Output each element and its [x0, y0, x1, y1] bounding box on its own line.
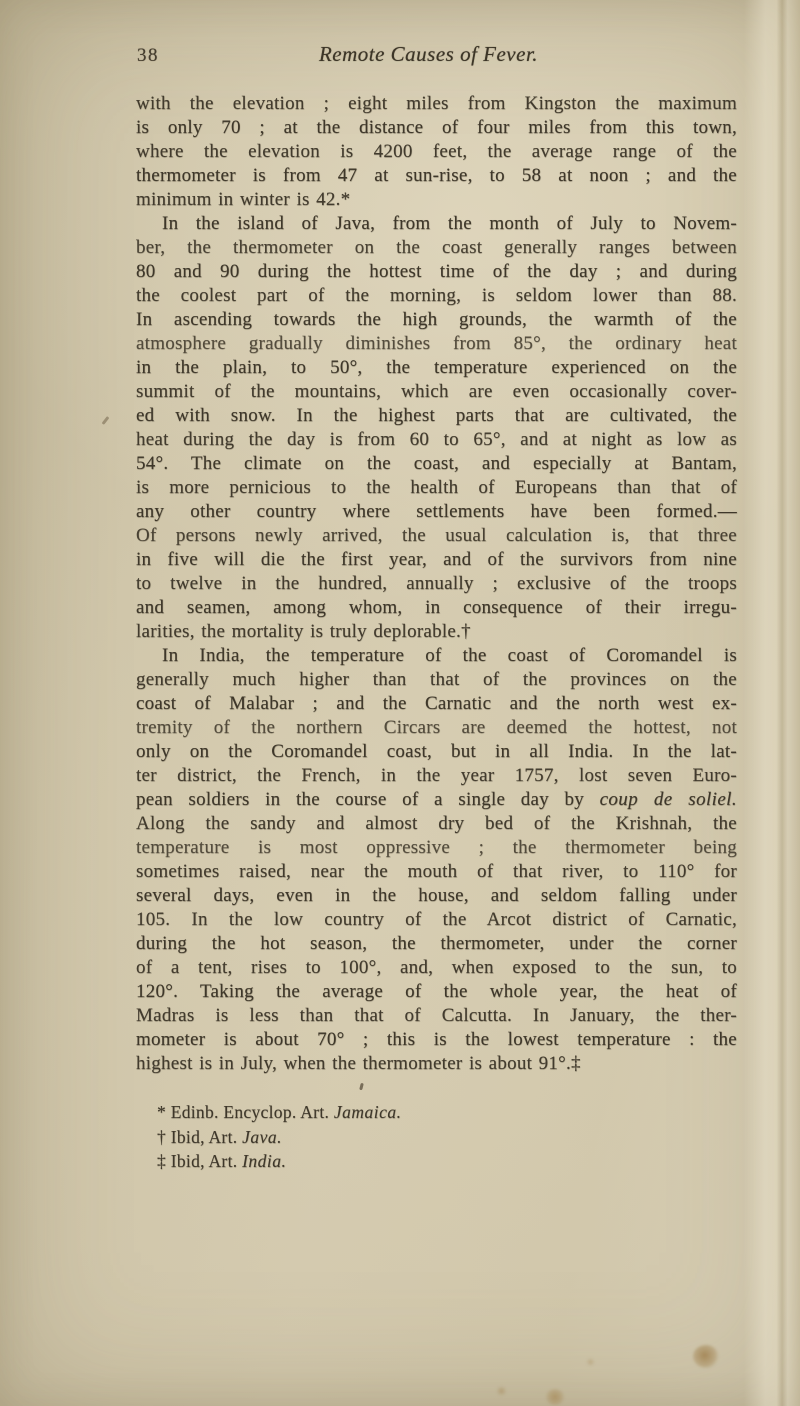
text-line: In the island of Java, from the month of… — [136, 212, 737, 236]
running-title: Remote Causes of Fever. — [136, 42, 737, 67]
text-line: highest is in July, when the thermometer… — [136, 1052, 737, 1076]
text-line: mometer is about 70° ; this is the lowes… — [136, 1028, 737, 1052]
text-line: larities, the mortality is truly deplora… — [136, 620, 737, 644]
text-line: any other country where settlements have… — [136, 500, 737, 524]
body-text: with the elevation ; eight miles from Ki… — [136, 92, 737, 1076]
text-line: is more pernicious to the health of Euro… — [136, 476, 737, 500]
text-line: where the elevation is 4200 feet, the av… — [136, 140, 737, 164]
book-page-scan: 38 Remote Causes of Fever. with the elev… — [0, 0, 800, 1406]
text-line: to twelve in the hundred, annually ; exc… — [136, 572, 737, 596]
text-line: in five will die the first year, and of … — [136, 548, 737, 572]
text-line: during the hot season, the thermometer, … — [136, 932, 737, 956]
footnote-source-italic: Jamaica. — [334, 1102, 402, 1122]
text-line: several days, even in the house, and sel… — [136, 884, 737, 908]
stain-spot — [496, 1386, 507, 1396]
text-line: coast of Malabar ; and the Carnatic and … — [136, 692, 737, 716]
text-line: pean soldiers in the course of a single … — [136, 788, 737, 812]
stain-spot — [586, 1358, 595, 1366]
text-line: is only 70 ; at the distance of four mil… — [136, 116, 737, 140]
text-line: with the elevation ; eight miles from Ki… — [136, 92, 737, 116]
footnote-line: ‡ Ibid, Art. India. — [157, 1149, 717, 1174]
text-line: Madras is less than that of Calcutta. In… — [136, 1004, 737, 1028]
text-line: generally much higher than that of the p… — [136, 668, 737, 692]
text-line: atmosphere gradually diminishes from 85°… — [136, 332, 737, 356]
text-line: 105. In the low country of the Arcot dis… — [136, 908, 737, 932]
text-line: ber, the thermometer on the coast genera… — [136, 236, 737, 260]
text-line: heat during the day is from 60 to 65°, a… — [136, 428, 737, 452]
text-line: In ascending towards the high grounds, t… — [136, 308, 737, 332]
text-line: thermometer is from 47 at sun-rise, to 5… — [136, 164, 737, 188]
text-line: the coolest part of the morning, is seld… — [136, 284, 737, 308]
text-line: minimum in winter is 42.* — [136, 188, 737, 212]
text-line: sometimes raised, near the mouth of that… — [136, 860, 737, 884]
text-line: ter district, the French, in the year 17… — [136, 764, 737, 788]
ink-speck — [102, 416, 110, 425]
text-line: only on the Coromandel coast, but in all… — [136, 740, 737, 764]
footnote-source-italic: India. — [242, 1151, 286, 1171]
text-line: and seamen, among whom, in consequence o… — [136, 596, 737, 620]
stain-spot — [545, 1389, 565, 1405]
text-line: in the plain, to 50°, the temperature ex… — [136, 356, 737, 380]
page-edge-highlight — [744, 0, 800, 1406]
text-line: of a tent, rises to 100°, and, when expo… — [136, 956, 737, 980]
text-line: tremity of the northern Circars are deem… — [136, 716, 737, 740]
text-line: In India, the temperature of the coast o… — [136, 644, 737, 668]
text-line: summit of the mountains, which are even … — [136, 380, 737, 404]
footnotes: * Edinb. Encyclop. Art. Jamaica.† Ibid, … — [157, 1100, 717, 1174]
text-line: Along the sandy and almost dry bed of th… — [136, 812, 737, 836]
text-line: 54°. The climate on the coast, and espec… — [136, 452, 737, 476]
ink-speck — [359, 1083, 363, 1090]
footnote-source-italic: Java. — [242, 1127, 282, 1147]
italic-phrase: coup de soliel. — [600, 789, 737, 810]
text-line: 80 and 90 during the hottest time of the… — [136, 260, 737, 284]
stain-spot — [693, 1345, 719, 1368]
page-header: 38 Remote Causes of Fever. — [136, 42, 737, 70]
text-line: temperature is most oppressive ; the the… — [136, 836, 737, 860]
footnote-line: * Edinb. Encyclop. Art. Jamaica. — [157, 1100, 717, 1125]
text-line: ed with snow. In the highest parts that … — [136, 404, 737, 428]
footnote-line: † Ibid, Art. Java. — [157, 1125, 717, 1150]
text-line: Of persons newly arrived, the usual calc… — [136, 524, 737, 548]
text-line: 120°. Taking the average of the whole ye… — [136, 980, 737, 1004]
